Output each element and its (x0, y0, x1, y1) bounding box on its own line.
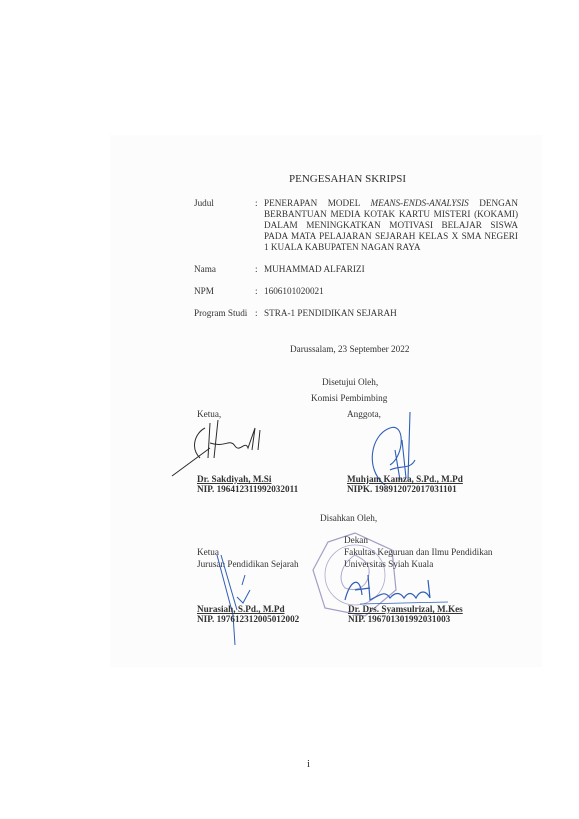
title-italic-term: MEANS-ENDS-ANALYSIS (370, 198, 468, 208)
thesis-title-line-2: BERBANTUAN MEDIA KOTAK KARTU MISTERI (KO… (264, 209, 518, 220)
field-separator: : (255, 308, 258, 319)
chair-id: NIP. 196412311992032011 (197, 484, 298, 495)
approved-by: Disetujui Oleh, (322, 377, 378, 388)
committee-label: Komisi Pembimbing (311, 393, 387, 404)
field-label-program: Program Studi (194, 308, 247, 319)
student-name: MUHAMMAD ALFARIZI (264, 264, 365, 275)
thesis-title-line-4: PADA MATA PELAJARAN SEJARAH KELAS X SMA … (264, 231, 518, 242)
dean-faculty: Fakultas Keguruan dan Ilmu Pendidikan (344, 547, 493, 558)
dean-id: NIP. 196701301992031003 (348, 614, 450, 625)
thesis-title-line-5: 1 KUALA KABUPATEN NAGAN RAYA (264, 242, 421, 253)
study-program: STRA-1 PENDIDIKAN SEJARAH (264, 308, 397, 319)
student-npm: 1606101020021 (264, 286, 324, 297)
page-title: PENGESAHAN SKRIPSI (289, 174, 406, 185)
place-date: Darussalam, 23 September 2022 (290, 344, 409, 355)
field-separator: : (255, 286, 258, 297)
title-text: DENGAN (469, 198, 518, 208)
signature-chair (170, 418, 280, 478)
page-number: i (307, 758, 310, 770)
signature-department-head (215, 555, 265, 645)
thesis-title-line-1: PENERAPAN MODEL MEANS-ENDS-ANALYSIS DENG… (264, 198, 518, 209)
field-separator: : (255, 264, 258, 275)
title-text: PENERAPAN MODEL (264, 198, 370, 208)
field-label-judul: Judul (194, 198, 214, 209)
member-id: NIPK. 198912072017031101 (347, 484, 457, 495)
dean-role: Dekan (344, 535, 368, 546)
ratified-by: Disahkan Oleh, (320, 513, 377, 524)
field-label-npm: NPM (194, 286, 214, 297)
head-id: NIP. 197612312005012002 (197, 614, 299, 625)
field-separator: : (255, 198, 258, 209)
dean-university: Universitas Syiah Kuala (344, 559, 433, 570)
field-label-nama: Nama (194, 264, 216, 275)
thesis-title-line-3: DALAM MENINGKATKAN MOTIVASI BELAJAR SISW… (264, 220, 518, 231)
